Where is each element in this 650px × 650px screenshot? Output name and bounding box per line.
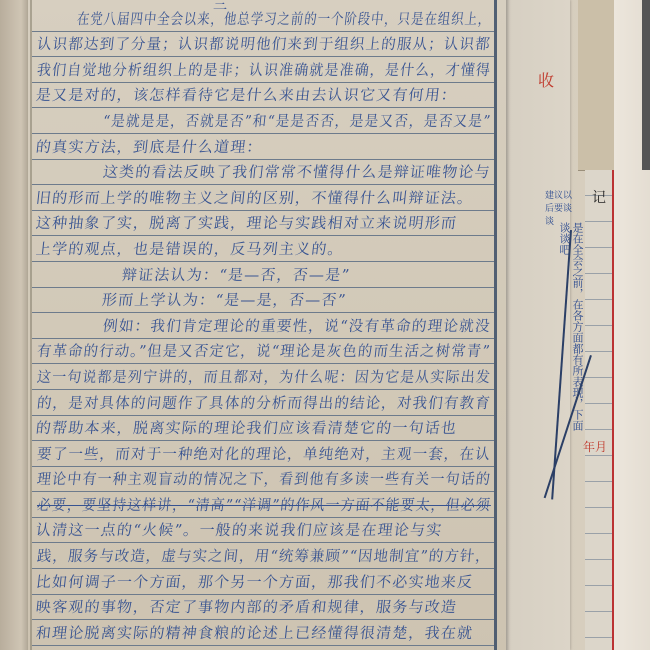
handwritten-text: 我们自觉地分析组织上的是非；认识准确就是准确，是什么，才懂得: [36, 59, 492, 80]
manuscript-line: 的真实方法，到底是什么道理：: [32, 134, 494, 160]
manuscript-line: 的帮助本来，脱离实际的理论我们应该看清楚它的一句话也: [32, 416, 494, 442]
handwritten-text: 例如：我们肯定理论的重要性，说“没有革命的理论就没: [102, 315, 492, 336]
manuscript-line: 认识都达到了分量；认识都说明他们来到于组织上的服从；认识都: [32, 32, 494, 58]
grid-label: 记: [592, 192, 606, 205]
handwritten-text: 映客观的事物，否定了事物内部的矛盾和规律，服务与改造: [35, 596, 458, 617]
handwritten-text: 要了一些，而对于一种绝对化的理论，单纯绝对，主观一套，在认: [36, 443, 492, 464]
manuscript-line: 是又是对的，该怎样看待它是什么来由去认识它又有何用：: [32, 83, 494, 109]
manuscript-line: “是就是是，否就是否”和“是是否否，是是又否，是否又是”: [32, 108, 494, 134]
red-ink-mark: 收: [538, 68, 554, 91]
underlying-page-edge: [0, 0, 30, 650]
manuscript-line: 映客观的事物，否定了事物内部的矛盾和规律，服务与改造: [32, 595, 494, 621]
handwritten-text: 是又是对的，该怎样看待它是什么来由去认识它又有何用：: [35, 84, 458, 105]
manuscript-line: 和理论脱离实际的精神食粮的论述上已经懂得很清楚，我在就: [32, 620, 494, 646]
handwritten-text: 的真实方法，到底是什么道理：: [35, 136, 264, 157]
manuscript-line: 上学的观点，也是错误的，反马列主义的。: [32, 236, 494, 262]
manuscript-line: 的，是对具体的问题作了具体的分析而得出的结论，对我们有教育: [32, 390, 494, 416]
handwritten-text: “是就是是，否就是否”和“是是否否，是是又否，是否又是”: [102, 110, 492, 131]
page-right-border: [494, 0, 497, 650]
handwritten-text: 认清这一点的“火候”。一般的来说我们应该是在理论与实: [35, 519, 444, 540]
manuscript-line: 这一句说都是列宁讲的，而且都对，为什么呢：因为它是从实际出发: [32, 364, 494, 390]
handwritten-text: 上学的观点，也是错误的，反马列主义的。: [35, 238, 345, 259]
manuscript-line: 比如何调子一个方面，那个另一个方面，那我们不必实地来反: [32, 569, 494, 595]
manuscript-page: 三 在党八届四中全会以来，他总学习之前的一个阶段中，只是在组织上，认识都达到了分…: [28, 0, 506, 650]
handwritten-text: 这一句说都是列宁讲的，而且都对，为什么呢：因为它是从实际出发: [36, 366, 492, 387]
handwritten-text: 形而上学认为：“是—是，否—否”: [101, 289, 348, 310]
manuscript-line: 要了一些，而对于一种绝对化的理论，单纯绝对，主观一套，在认: [32, 441, 494, 467]
handwritten-text: 有革命的行动。”但是又否定它，说“理论是灰色的而生活之树常青”: [36, 340, 492, 361]
manuscript-line: 这种抽象了实，脱离了实践，理论与实践相对立来说明形而: [32, 211, 494, 237]
manuscript-line: 旧的形而上学的唯物主义之间的区别，不懂得什么叫辩证法。: [32, 185, 494, 211]
manuscript-line: 辩证法认为：“是—否，否—是”: [32, 262, 494, 288]
margin-annotation-small: 建议以 后要谈谈: [545, 190, 579, 230]
handwritten-text: 的帮助本来，脱离实际的理论我们应该看清楚它的一句话也: [35, 417, 458, 438]
handwritten-text: 辩证法认为：“是—否，否—是”: [121, 264, 352, 285]
handwritten-text: 这种抽象了实，脱离了实践，理论与实践相对立来说明形而: [35, 212, 458, 233]
handwritten-text: 践，服务与改造，虚与实之间，用“统筹兼顾”“因地制宜”的方针，: [36, 545, 492, 566]
handwritten-text: 比如何调子一个方面，那个另一个方面，那我们不必实地来反: [35, 571, 475, 592]
handwritten-text: 理论中有一种主观盲动的情况之下，看到他有多读一些有关一句话的: [36, 468, 492, 489]
manuscript-line: 形而上学认为：“是—是，否—否”: [32, 288, 494, 314]
red-ink-date-mark: 年月: [583, 438, 607, 455]
ruled-lines: 在党八届四中全会以来，他总学习之前的一个阶段中，只是在组织上，认识都达到了分量；…: [32, 6, 494, 646]
manuscript-line: 必要，要坚持这样讲，“清高”“洋调”的作风一方面不能要太，但必须: [32, 492, 494, 518]
handwritten-text: 必要，要坚持这样讲，“清高”“洋调”的作风一方面不能要太，但必须: [36, 494, 492, 515]
margin-annotation: 是在全会之前，在各方面都有所表现，下面谈谈吧: [558, 222, 584, 432]
manuscript-line: 这类的看法反映了我们常常不懂得什么是辩证唯物论与: [32, 160, 494, 186]
manuscript-line: 在党八届四中全会以来，他总学习之前的一个阶段中，只是在组织上，: [32, 6, 494, 32]
handwritten-text: 认识都达到了分量；认识都说明他们来到于组织上的服从；认识都: [36, 33, 492, 54]
manuscript-line: 有革命的行动。”但是又否定它，说“理论是灰色的而生活之树常青”: [32, 339, 494, 365]
manuscript-line: 践，服务与改造，虚与实之间，用“统筹兼顾”“因地制宜”的方针，: [32, 543, 494, 569]
dark-background-edge: [642, 0, 650, 170]
handwritten-text: 旧的形而上学的唯物主义之间的区别，不懂得什么叫辩证法。: [35, 187, 475, 208]
grid-paper-margin: [585, 170, 613, 650]
handwritten-text: 和理论脱离实际的精神食粮的论述上已经懂得很清楚，我在就: [35, 622, 475, 643]
manuscript-line: 理论中有一种主观盲动的情况之下，看到他有多读一些有关一句话的: [32, 467, 494, 493]
handwritten-text: 在党八届四中全会以来，他总学习之前的一个阶段中，只是在组织上，: [76, 8, 493, 29]
handwritten-text: 的，是对具体的问题作了具体的分析而得出的结论，对我们有教育: [36, 392, 492, 413]
manuscript-line: 认清这一点的“火候”。一般的来说我们应该是在理论与实: [32, 518, 494, 544]
photo-scene: 收 年月 是在全会之前，在各方面都有所表现，下面谈谈吧 建议以 后要谈谈 记 三…: [0, 0, 650, 650]
manuscript-line: 例如：我们肯定理论的重要性，说“没有革命的理论就没: [32, 313, 494, 339]
manuscript-line: 我们自觉地分析组织上的是非；认识准确就是准确，是什么，才懂得: [32, 57, 494, 83]
handwritten-text: 这类的看法反映了我们常常不懂得什么是辩证唯物论与: [102, 161, 492, 182]
